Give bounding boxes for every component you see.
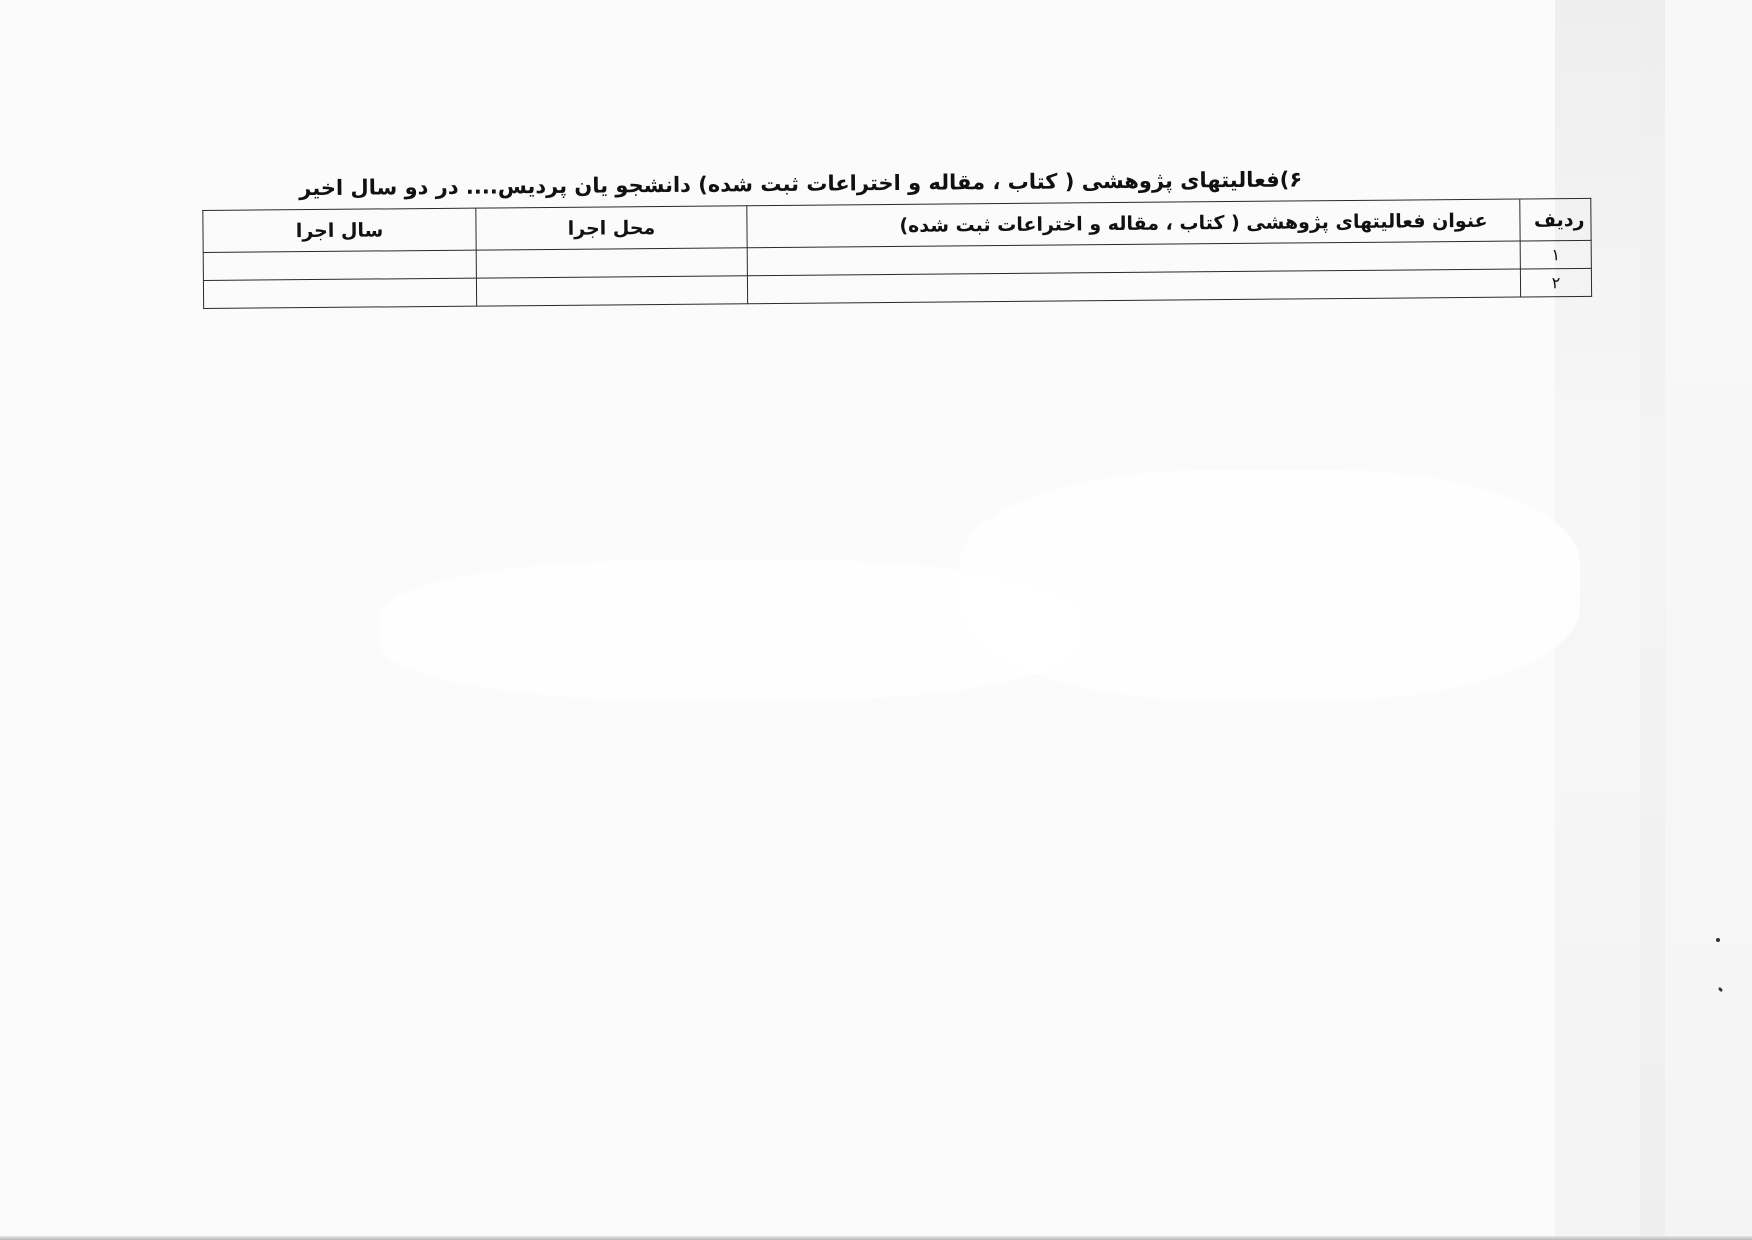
header-location: محل اجرا xyxy=(476,206,747,250)
cell-row-number: ۲ xyxy=(1520,268,1591,297)
cell-year[interactable] xyxy=(203,278,476,308)
scan-speck xyxy=(1718,987,1724,993)
scan-highlight xyxy=(380,560,1080,700)
scan-highlight xyxy=(960,470,1580,700)
header-row-number: ردیف xyxy=(1520,198,1591,241)
cell-activity-title[interactable] xyxy=(747,269,1520,304)
scan-speck xyxy=(1716,938,1720,942)
header-activity-title: عنوان فعالیتهای پژوهشی ( کتاب ، مقاله و … xyxy=(747,199,1520,248)
header-year: سال اجرا xyxy=(203,208,476,252)
document-section: ۶)فعالیتهای پژوهشی ( کتاب ، مقاله و اختر… xyxy=(202,162,1591,309)
scan-shadow xyxy=(1640,0,1752,1240)
research-activities-table: ردیف عنوان فعالیتهای پژوهشی ( کتاب ، مقا… xyxy=(202,198,1592,309)
cell-location[interactable] xyxy=(476,248,747,278)
cell-year[interactable] xyxy=(203,250,476,280)
page-edge xyxy=(0,1236,1752,1240)
cell-row-number: ۱ xyxy=(1520,240,1591,269)
cell-location[interactable] xyxy=(476,276,747,306)
